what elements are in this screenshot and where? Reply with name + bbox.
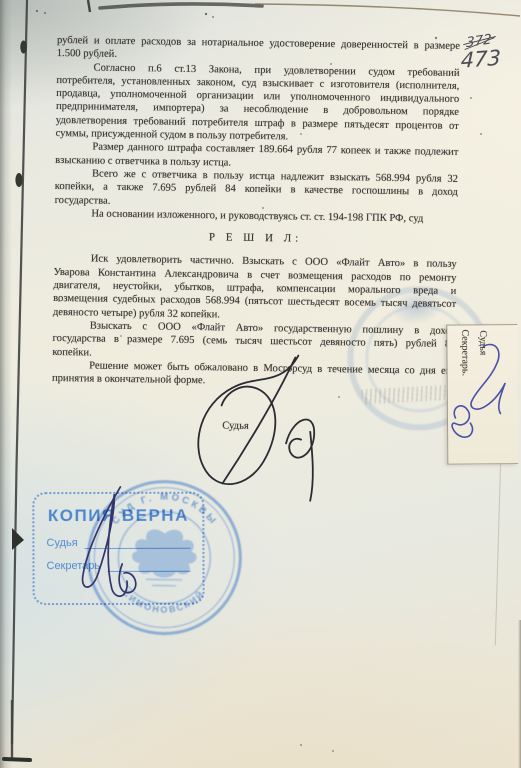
page-fold-line <box>495 464 501 646</box>
thread-knot <box>15 173 22 187</box>
body-paragraphs: рублей и оплате расходов за нотариальное… <box>54 34 460 226</box>
slip-signatures <box>444 334 518 453</box>
scanned-court-document-page: рублей и оплате расходов за нотариальное… <box>0 0 521 768</box>
document-content: рублей и оплате расходов за нотариальное… <box>0 0 521 768</box>
thread-knot <box>20 41 26 54</box>
decision-heading: Р Е Ш И Л: <box>54 229 457 248</box>
stamp-overlapping-signature <box>62 478 159 609</box>
binding-thread <box>0 0 60 768</box>
thread-knot <box>12 528 24 550</box>
corner-page-number: 473 <box>460 46 501 73</box>
thread-end <box>4 759 30 760</box>
